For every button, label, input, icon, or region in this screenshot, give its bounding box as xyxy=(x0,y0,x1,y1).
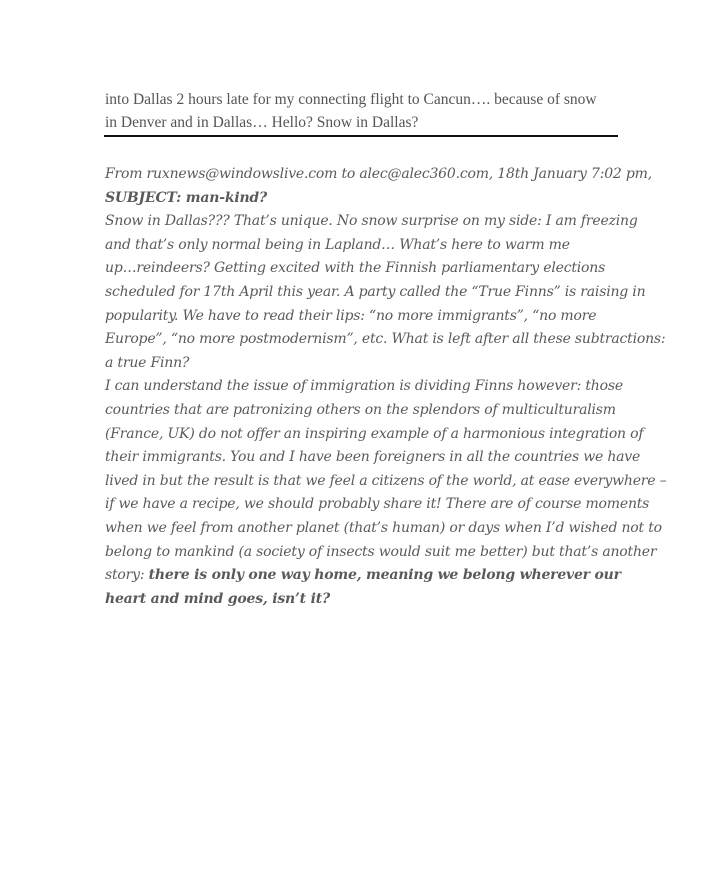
body-line: (France, UK) do not offer an inspiring e… xyxy=(105,423,620,447)
intro-line: in Denver and in Dallas… Hello? Snow in … xyxy=(105,111,620,134)
body-line: lived in but the result is that we feel … xyxy=(105,470,620,494)
email-from-line: From ruxnews@windowslive.com to alec@ale… xyxy=(105,163,620,187)
closing-prefix: story: xyxy=(105,567,149,583)
body-line: Europe”, “no more postmodernism”, etc. W… xyxy=(105,328,620,352)
body-line: belong to mankind (a society of insects … xyxy=(105,541,620,565)
closing-line: story: there is only one way home, meani… xyxy=(105,564,620,588)
body-line: scheduled for 17th April this year. A pa… xyxy=(105,281,620,305)
body-line: countries that are patronizing others on… xyxy=(105,399,620,423)
body-line: if we have a recipe, we should probably … xyxy=(105,493,620,517)
body-line: Snow in Dallas??? That’s unique. No snow… xyxy=(105,210,620,234)
intro-line: into Dallas 2 hours late for my connecti… xyxy=(105,88,620,111)
closing-emphasis-line: heart and mind goes, isn’t it? xyxy=(105,588,620,612)
body-line: their immigrants. You and I have been fo… xyxy=(105,446,620,470)
email-block: From ruxnews@windowslive.com to alec@ale… xyxy=(105,163,620,611)
body-line: and that’s only normal being in Lapland…… xyxy=(105,234,620,258)
body-line: a true Finn? xyxy=(105,352,620,376)
document-page: into Dallas 2 hours late for my connecti… xyxy=(105,88,620,611)
body-line: up…reindeers? Getting excited with the F… xyxy=(105,257,620,281)
body-line: popularity. We have to read their lips: … xyxy=(105,305,620,329)
section-divider xyxy=(104,135,618,137)
email-paragraph-2: I can understand the issue of immigratio… xyxy=(105,375,620,611)
email-header: From ruxnews@windowslive.com to alec@ale… xyxy=(105,163,620,210)
body-line: when we feel from another planet (that’s… xyxy=(105,517,620,541)
email-subject: SUBJECT: man-kind? xyxy=(105,187,620,211)
intro-paragraph: into Dallas 2 hours late for my connecti… xyxy=(105,88,620,135)
body-line: I can understand the issue of immigratio… xyxy=(105,375,620,399)
closing-emphasis: there is only one way home, meaning we b… xyxy=(149,567,621,583)
email-paragraph-1: Snow in Dallas??? That’s unique. No snow… xyxy=(105,210,620,375)
